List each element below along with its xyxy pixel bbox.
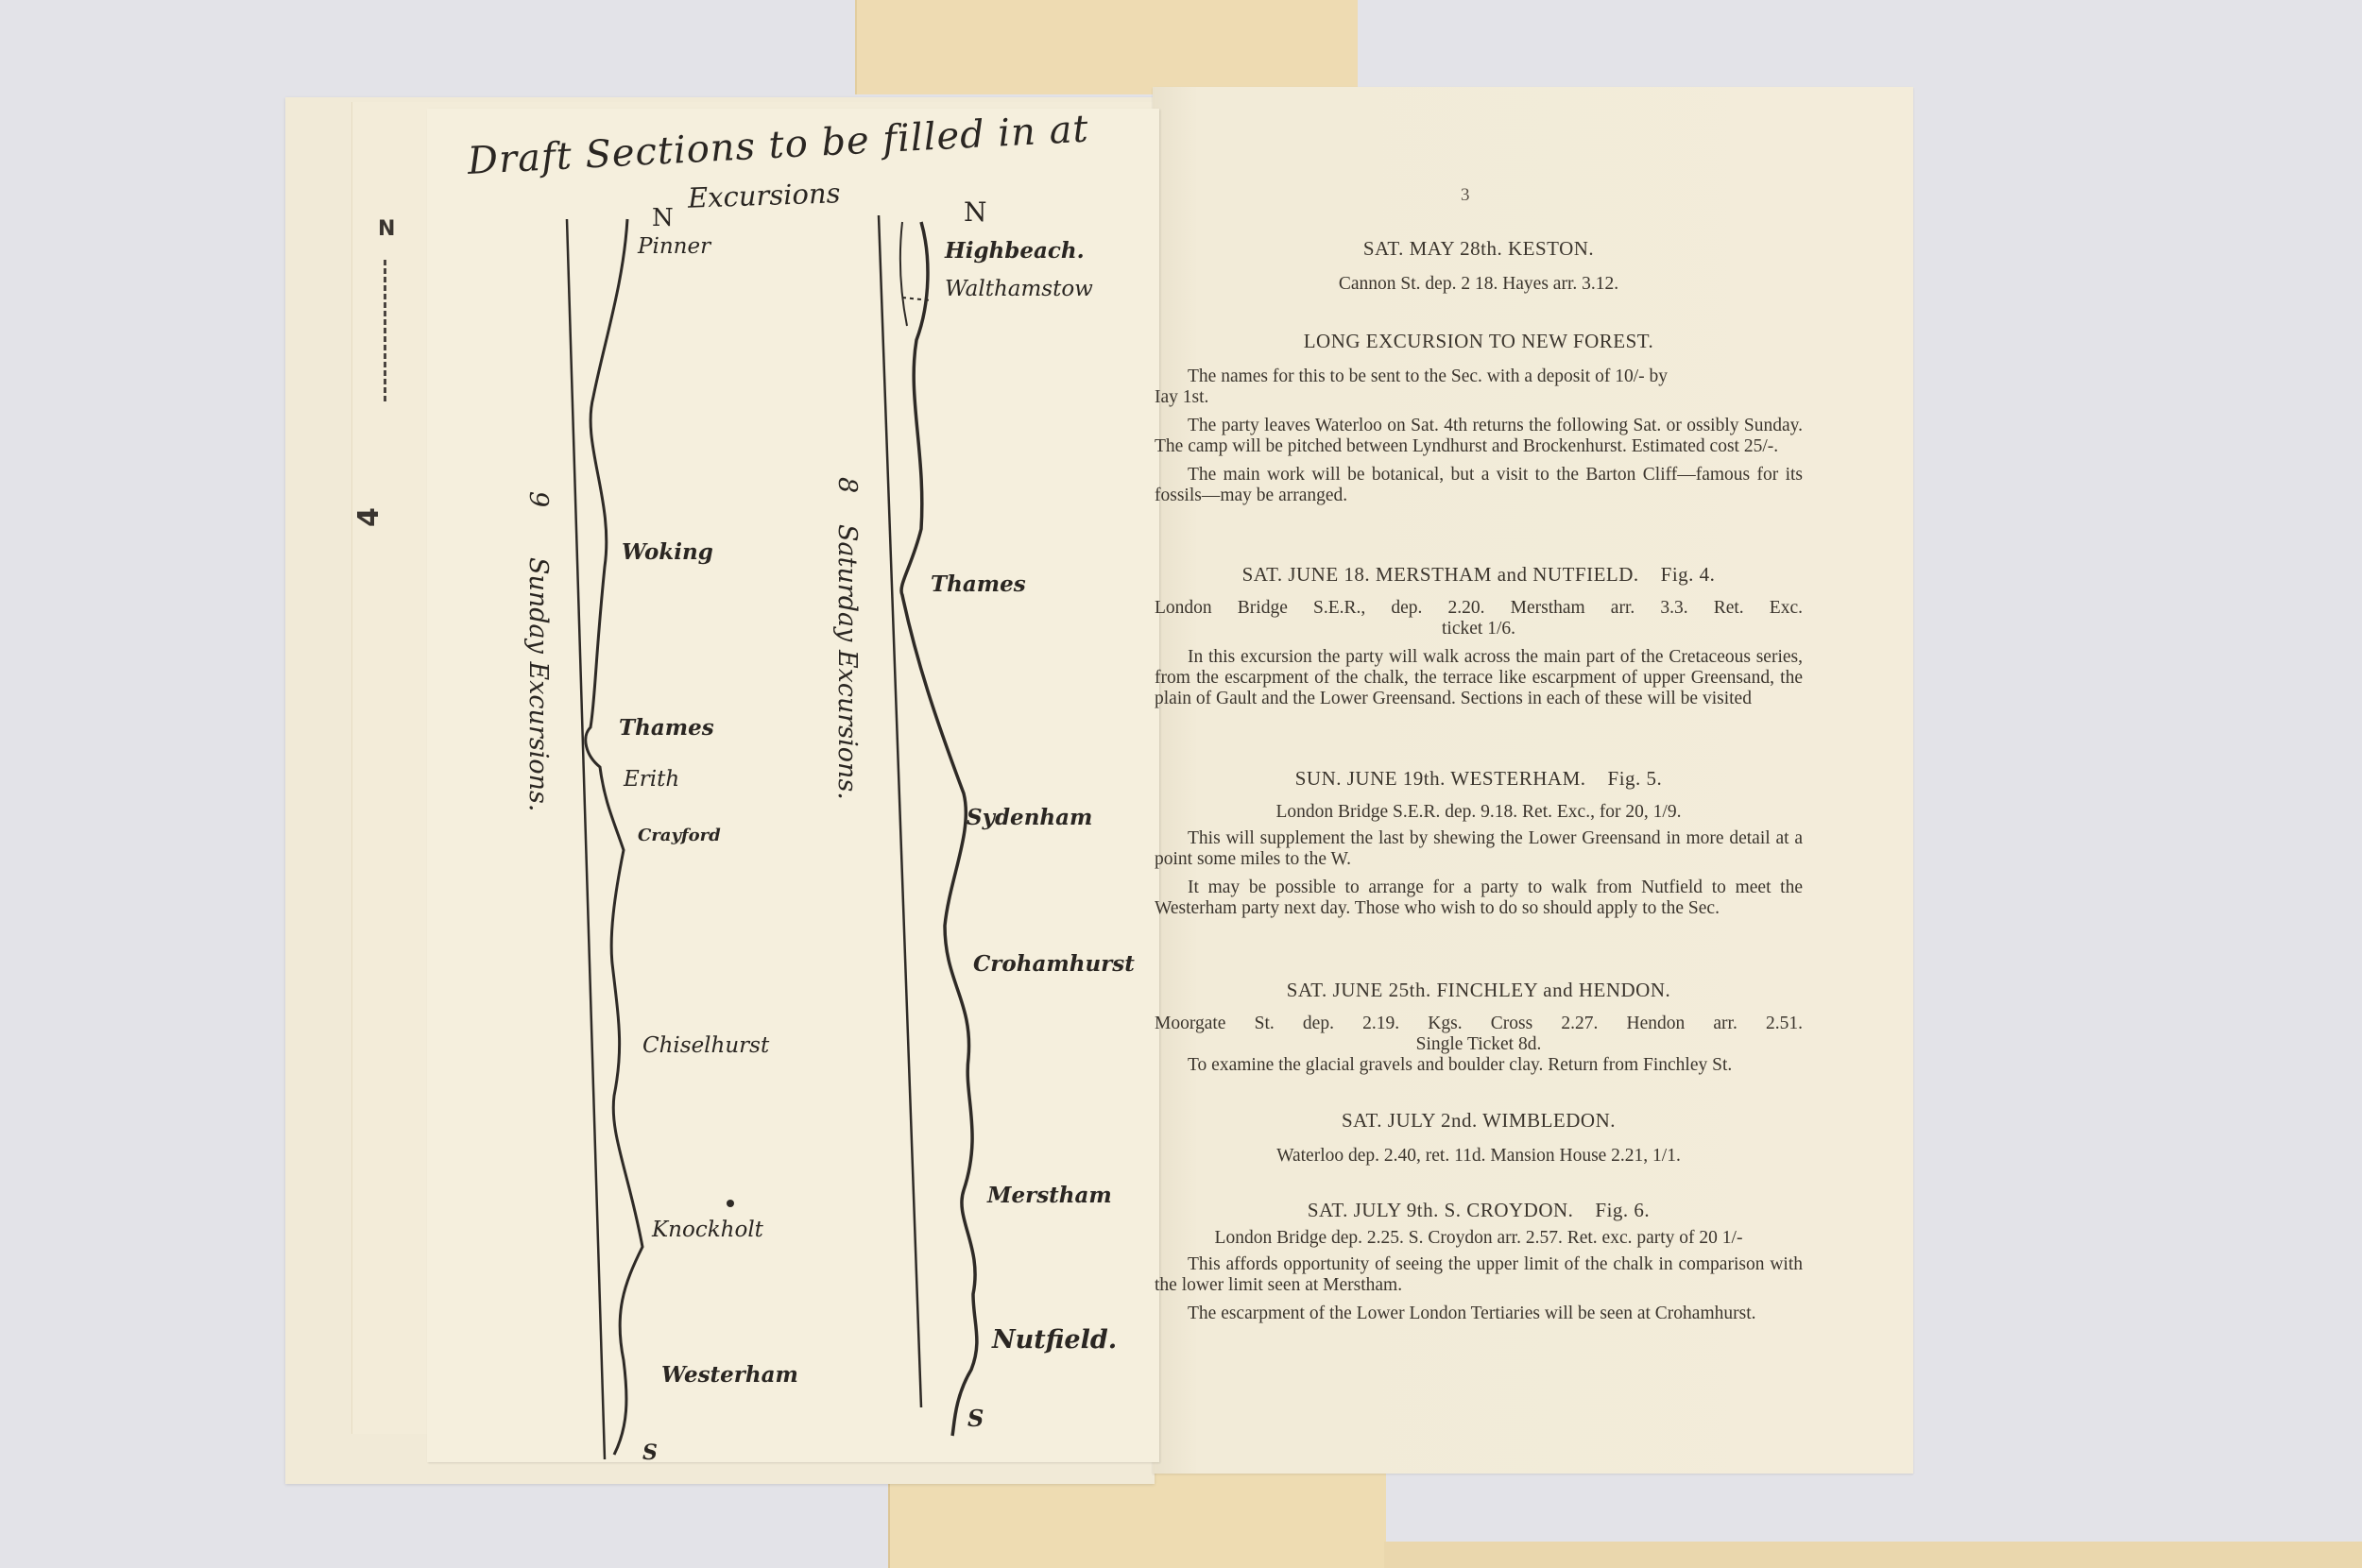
travel-details: Waterloo dep. 2.40, ret. 11d. Mansion Ho… [1155, 1146, 1803, 1167]
figure-reference: Fig. 5. [1608, 767, 1663, 790]
place-chiselhurst: Chiselhurst [642, 1033, 769, 1058]
paragraph: The names for this to be sent to the Sec… [1155, 366, 1803, 387]
place-thames-sunday: Thames [619, 715, 714, 741]
saturday-profile [901, 222, 977, 1436]
place-thames-saturday: Thames [931, 571, 1026, 597]
page-number: 3 [1461, 185, 1470, 206]
sunday-north-label: N [652, 204, 674, 232]
place-westerham: Westerham [661, 1362, 798, 1388]
section-heading: SAT. MAY 28th. KESTON. [1155, 238, 1803, 259]
section-westerham: SUN. JUNE 19th. WESTERHAM. Fig. 5. Londo… [1155, 768, 1803, 919]
section-finchley-hendon: SAT. JUNE 25th. FINCHLEY and HENDON. Moo… [1155, 980, 1803, 1076]
figure-reference: Fig. 6. [1595, 1199, 1650, 1221]
place-knockholt: Knockholt [652, 1218, 763, 1242]
place-nutfield: Nutfield. [992, 1325, 1117, 1355]
section-merstham-nutfield: SAT. JUNE 18. MERSTHAM and NUTFIELD. Fig… [1155, 564, 1803, 709]
travel-details-cont: Single Ticket 8d. [1155, 1034, 1803, 1055]
paragraph: Iay 1st. [1155, 387, 1803, 408]
paragraph: The main work will be botanical, but a v… [1155, 465, 1803, 506]
saturday-vertical-label: Saturday Excursions. [832, 524, 862, 800]
paragraph: It may be possible to arrange for a part… [1155, 878, 1803, 919]
place-woking: Woking [622, 539, 713, 565]
section-heading: SAT. JULY 9th. S. CROYDON. Fig. 6. [1155, 1200, 1803, 1220]
section-heading: SAT. JULY 2nd. WIMBLEDON. [1155, 1110, 1803, 1131]
section-wimbledon: SAT. JULY 2nd. WIMBLEDON. Waterloo dep. … [1155, 1110, 1803, 1167]
paragraph: The party leaves Waterloo on Sat. 4th re… [1155, 416, 1803, 457]
section-keston: SAT. MAY 28th. KESTON. Cannon St. dep. 2… [1155, 238, 1803, 295]
saturday-inner-profile [900, 222, 907, 326]
sunday-baseline [567, 219, 605, 1459]
saturday-north-label: N [964, 196, 987, 228]
section-heading: SAT. JUNE 25th. FINCHLEY and HENDON. [1155, 980, 1803, 1000]
paragraph: This will supplement the last by shewing… [1155, 828, 1803, 870]
travel-details: London Bridge S.E.R. dep. 9.18. Ret. Exc… [1155, 802, 1803, 823]
place-sydenham: Sydenham [967, 805, 1092, 830]
place-pinner: Pinner [638, 234, 710, 259]
knockholt-dot [727, 1200, 734, 1207]
paragraph: To examine the glacial gravels and bould… [1155, 1055, 1803, 1076]
paragraph: This affords opportunity of seeing the u… [1155, 1254, 1803, 1296]
paragraph: The escarpment of the Lower London Terti… [1155, 1304, 1803, 1324]
figure-reference: Fig. 4. [1661, 563, 1716, 586]
travel-details: London Bridge dep. 2.25. S. Croydon arr.… [1155, 1228, 1803, 1249]
travel-details: Moorgate St. dep. 2.19. Kgs. Cross 2.27.… [1155, 1014, 1803, 1034]
sunday-profile [586, 219, 642, 1455]
paragraph: In this excursion the party will walk ac… [1155, 647, 1803, 709]
section-new-forest: LONG EXCURSION TO NEW FOREST. The names … [1155, 331, 1803, 506]
saturday-figure-number: 8 [832, 477, 862, 493]
travel-details: London Bridge S.E.R., dep. 2.20. Merstha… [1155, 598, 1803, 619]
section-heading: SAT. JUNE 18. MERSTHAM and NUTFIELD. Fig… [1155, 564, 1803, 585]
place-crohamhurst: Crohamhurst [973, 951, 1135, 977]
sunday-vertical-label: Sunday Excursions. [523, 557, 553, 811]
place-merstham: Merstham [987, 1183, 1112, 1208]
place-crayford: Crayford [638, 826, 721, 845]
saturday-south-label: S [967, 1405, 984, 1432]
place-walthamstow: Walthamstow [945, 277, 1093, 301]
diagram-subtitle: Excursions [687, 177, 841, 214]
sunday-figure-number: 9 [523, 491, 553, 507]
sunday-south-label: S [642, 1440, 658, 1465]
section-heading: SUN. JUNE 19th. WESTERHAM. Fig. 5. [1155, 768, 1803, 789]
section-heading: LONG EXCURSION TO NEW FOREST. [1155, 331, 1803, 351]
travel-details-cont: ticket 1/6. [1155, 619, 1803, 639]
travel-details: Cannon St. dep. 2 18. Hayes arr. 3.12. [1155, 274, 1803, 295]
section-s-croydon: SAT. JULY 9th. S. CROYDON. Fig. 6. Londo… [1155, 1200, 1803, 1324]
place-erith: Erith [624, 767, 679, 792]
place-highbeach: Highbeach. [945, 238, 1085, 264]
